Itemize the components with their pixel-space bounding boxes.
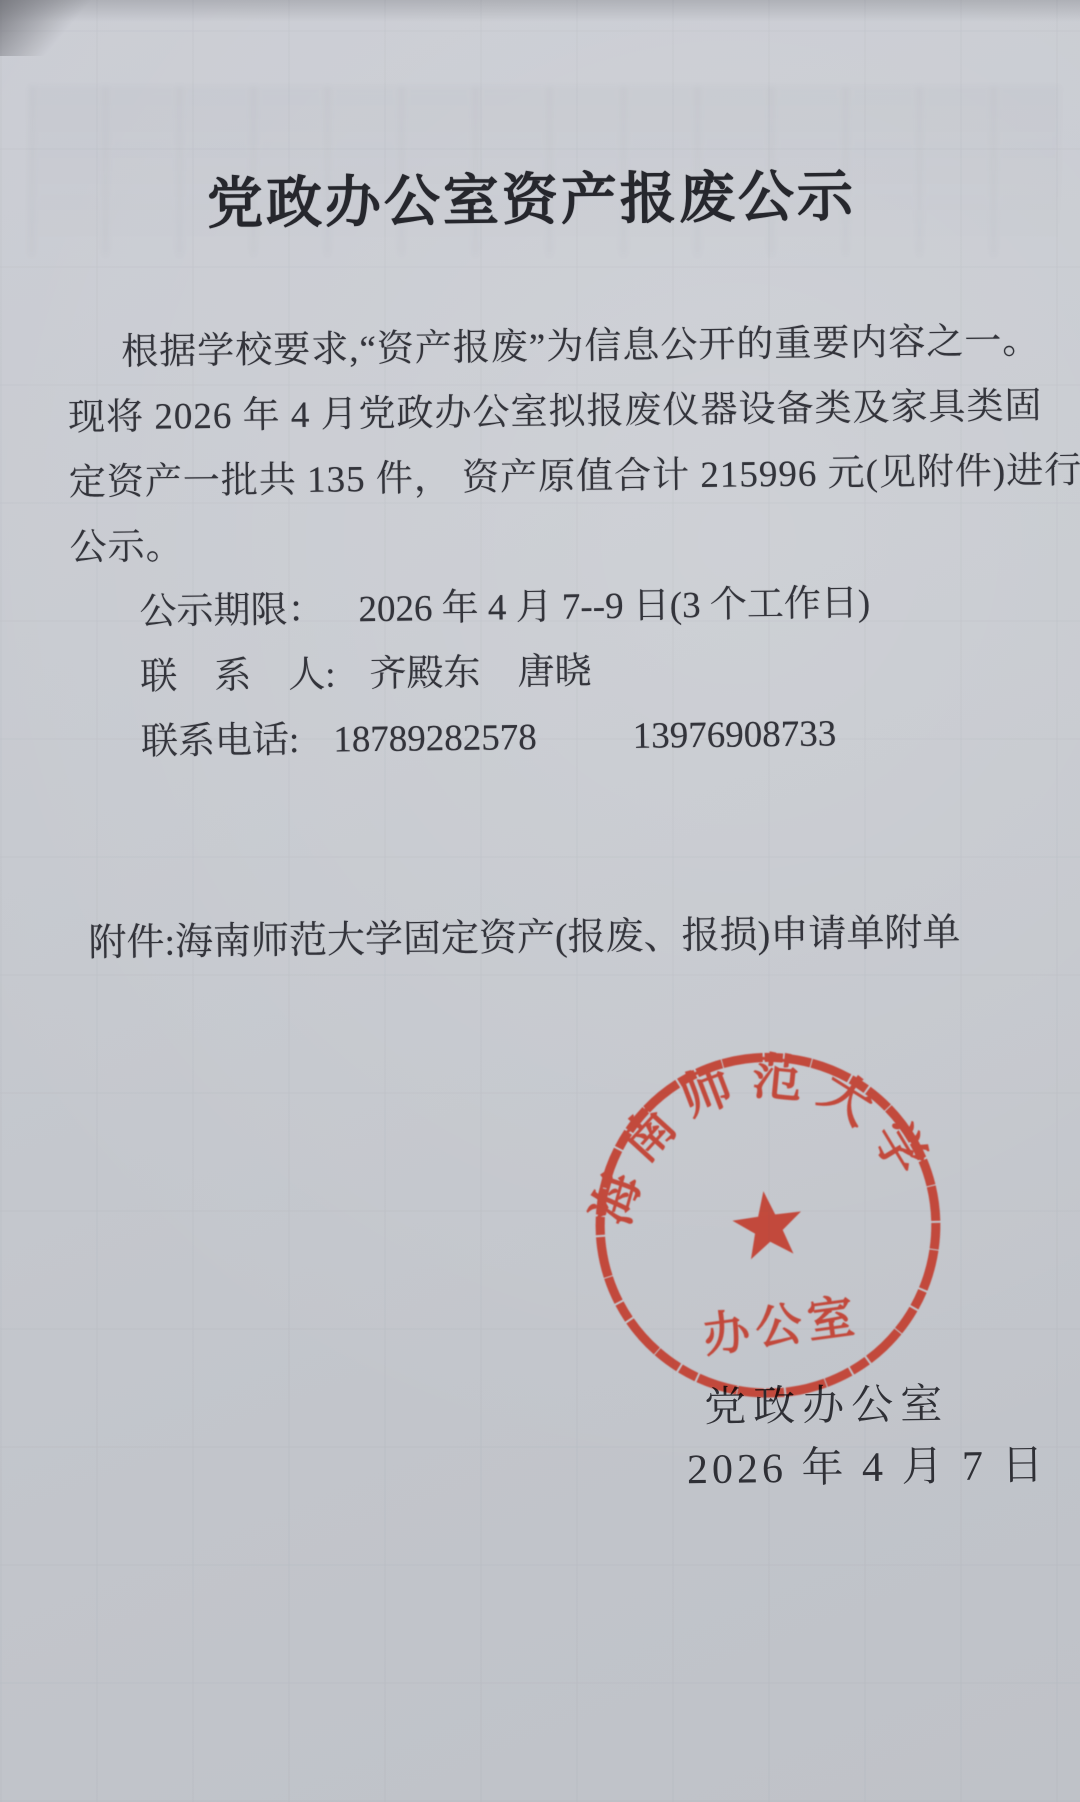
contact-phone-label: 联系电话: [141,720,300,763]
page-title: 党政办公室资产报废公示 [0,149,1072,242]
contact-phone-row: 联系电话:1878928257813976908733 [141,702,837,764]
contact-phone-number-2: 13976908733 [633,713,837,756]
notice-document: 党政办公室资产报废公示 根据学校要求,“资产报废”为信息公开的重要内容之一。 现… [0,0,1080,1802]
contact-phone-number-1: 18789282578 [333,717,537,760]
body-line-1: 根据学校要求,“资产报废”为信息公开的重要内容之一。 [121,310,1041,375]
notice-period-row: 公示期限：2026 年 4 月 7--9 日(3 个工作日) [139,572,870,635]
body-line-3: 定资产一批共 135 件， 资产原值合计 215996 元(见附件)进行 [68,439,1080,505]
issue-date: 2026 年 4 月 7 日 [687,1432,1048,1496]
seal-graphic: 海南师范大学 办公室 [563,1020,972,1429]
contact-person-row: 联 系 人:齐殿东 唐晓 [140,640,592,700]
official-seal-stamp: 海南师范大学 办公室 [563,1020,972,1429]
document-photo: 党政办公室资产报废公示 根据学校要求,“资产报废”为信息公开的重要内容之一。 现… [0,0,1080,1802]
body-line-2: 现将 2026 年 4 月党政办公室拟报废仪器设备类及家具类固 [68,375,1043,441]
notice-period-label: 公示期限： [139,590,324,633]
notice-period-value: 2026 年 4 月 7--9 日(3 个工作日) [358,583,870,630]
contact-person-value: 齐殿东 唐晓 [369,651,591,695]
attachment-note: 附件:海南师范大学固定资产(报废、报损)申请单附单 [88,901,960,967]
seal-inner-text: 办公室 [700,1290,863,1363]
body-line-4: 公示。 [69,515,184,570]
contact-person-label: 联 系 人: [140,654,336,697]
seal-star-icon [729,1187,806,1261]
seal-arc-text: 海南师范大学 [564,1025,947,1238]
